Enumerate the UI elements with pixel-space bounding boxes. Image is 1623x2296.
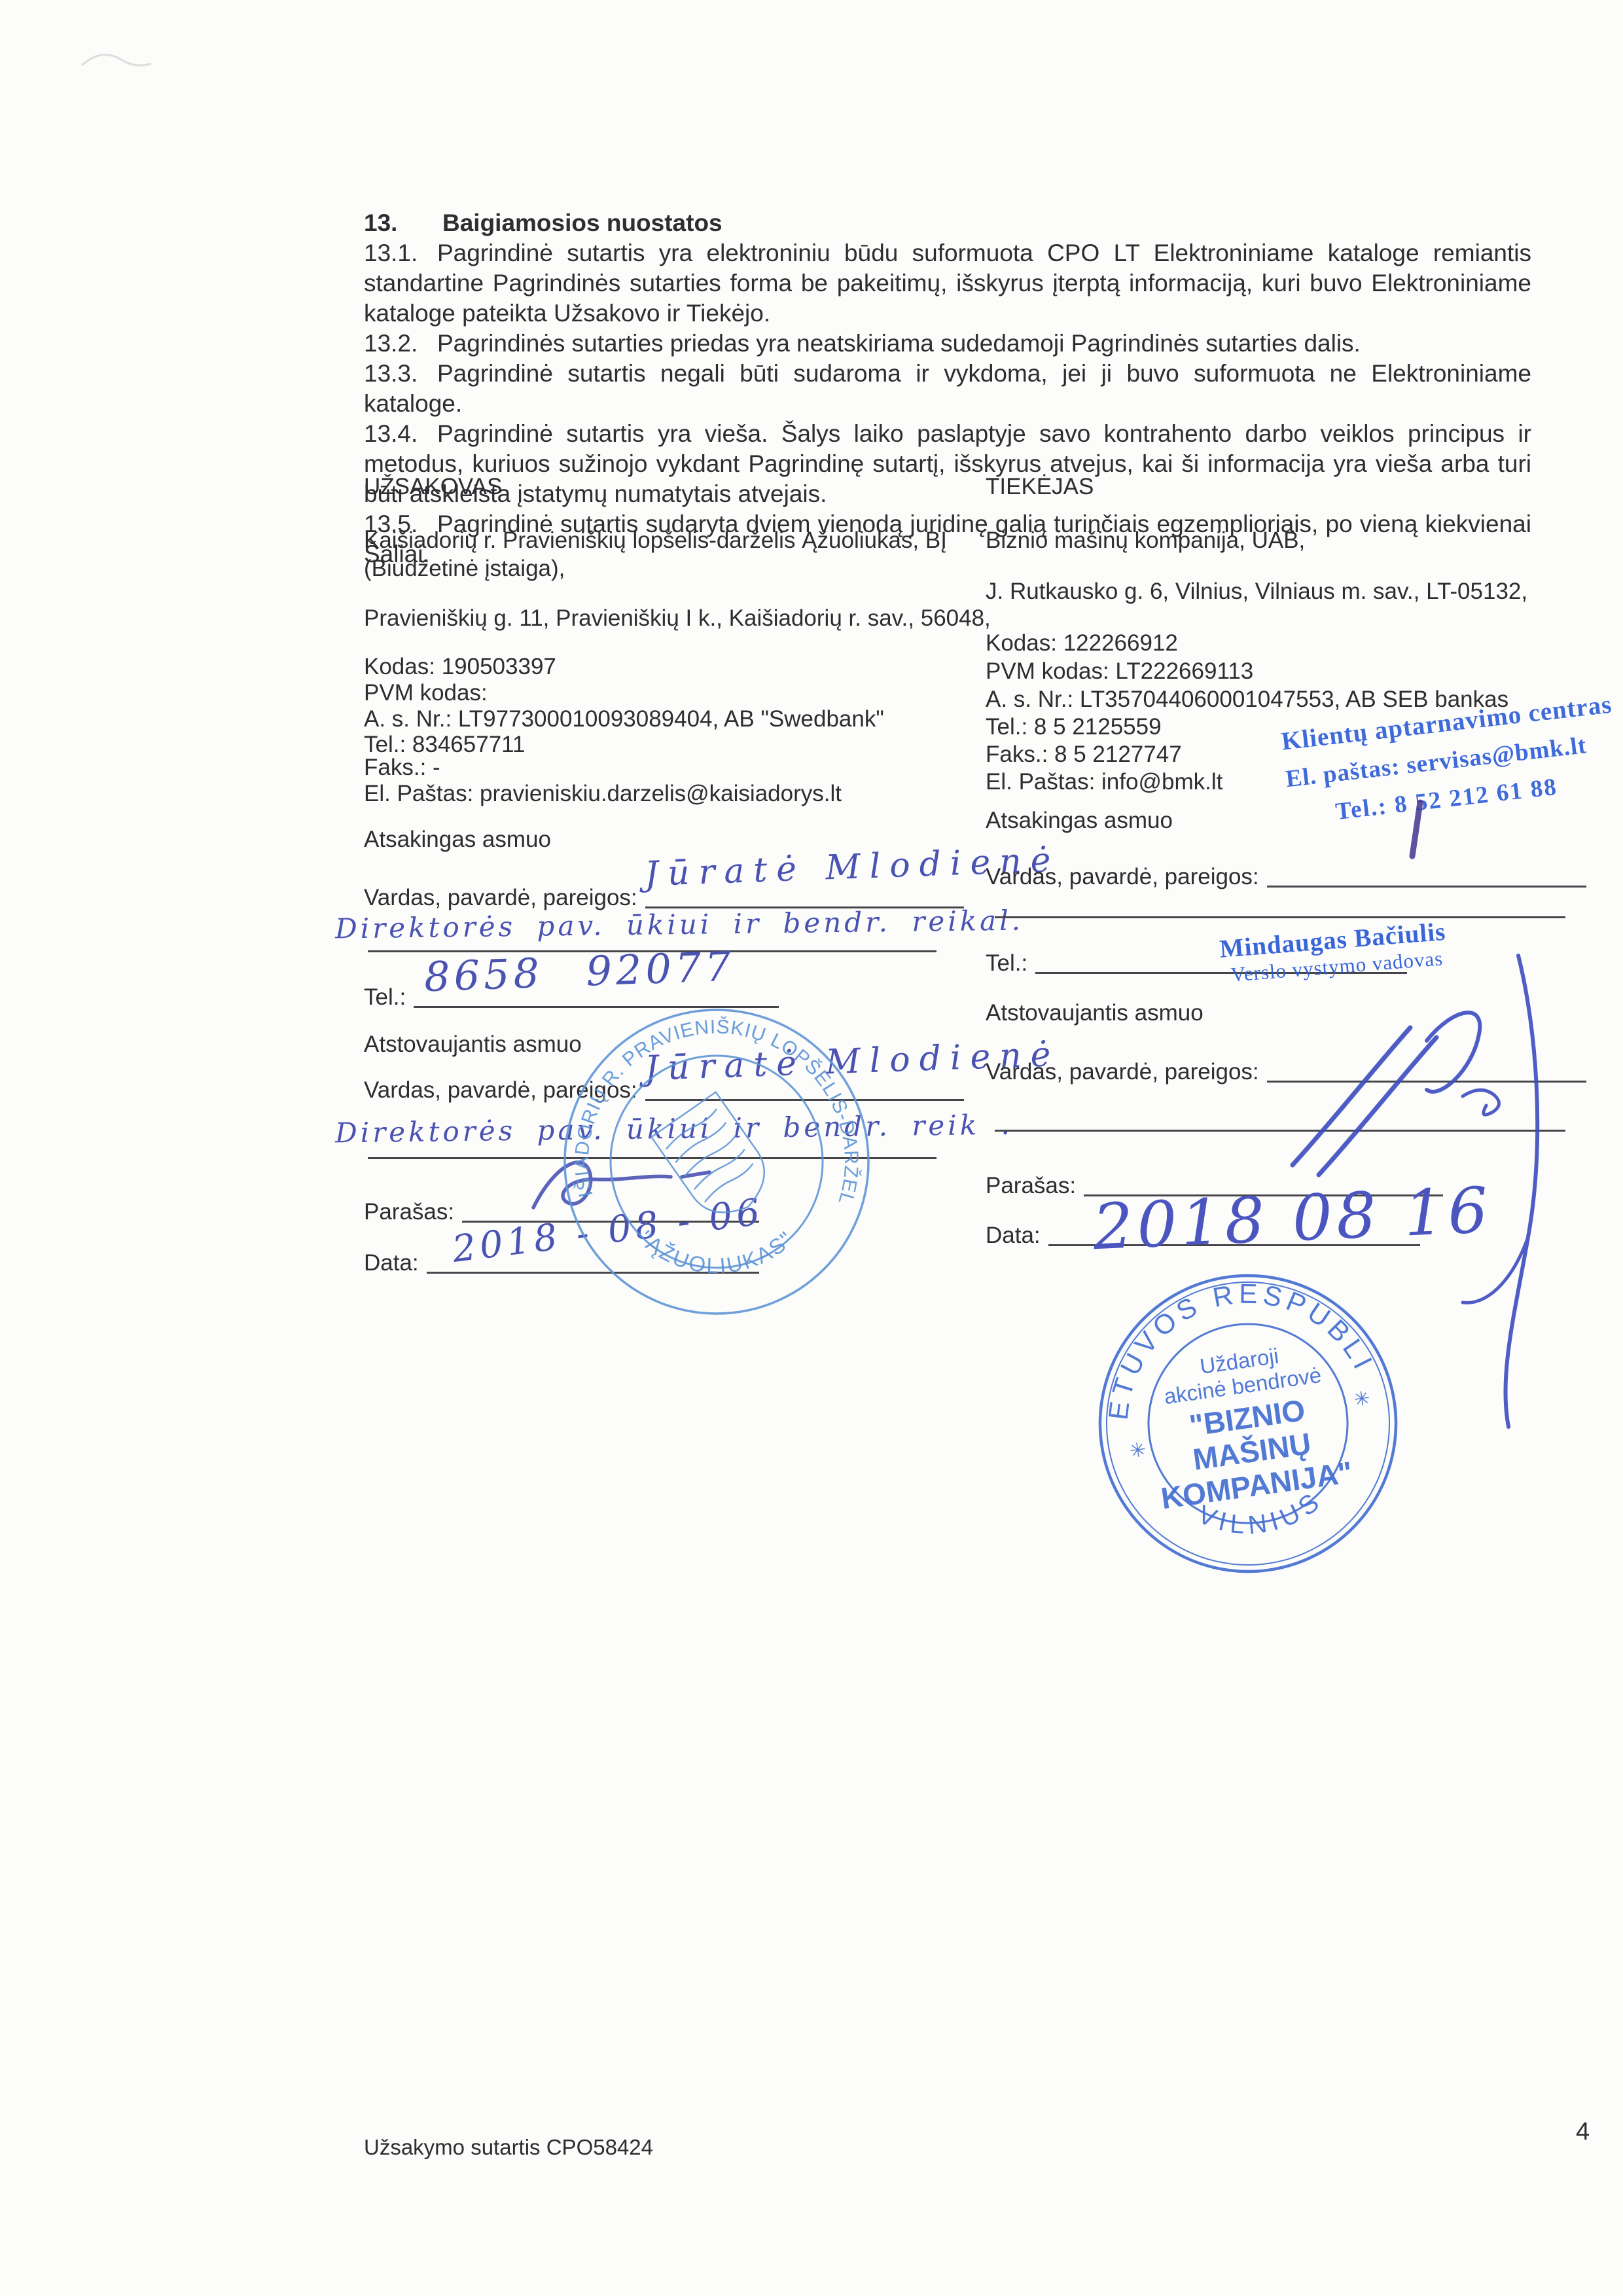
supplier-fax: Faks.: 8 5 2127747	[986, 742, 1182, 768]
supplier-representative-label: Atstovaujantis asmuo	[986, 1000, 1204, 1026]
clause-13-4: 13.4.Pagrindinė sutartis yra vieša. Šaly…	[364, 419, 1531, 509]
supplier-address: J. Rutkausko g. 6, Vilnius, Vilniaus m. …	[986, 579, 1527, 605]
supplier-title: TIEKĖJAS	[986, 474, 1094, 500]
clause-13-1: 13.1.Pagrindinė sutartis yra elektronini…	[364, 238, 1531, 329]
section-heading: 13.Baigiamosios nuostatos	[364, 208, 1531, 238]
pen-stroke-on-stamp	[1404, 798, 1437, 864]
final-provisions-section: 13.Baigiamosios nuostatos 13.1.Pagrindin…	[364, 208, 1531, 569]
page-number: 4	[1576, 2118, 1590, 2146]
buyer-tel: Tel.: 834657711	[364, 732, 526, 758]
section-heading-title: Baigiamosios nuostatos	[442, 209, 722, 236]
stamp-separator-left-icon: ✳	[1128, 1439, 1147, 1462]
buyer-account: A. s. Nr.: LT977300010093089404, AB "Swe…	[364, 706, 884, 732]
clause-13-3: 13.3.Pagrindinė sutartis negali būti sud…	[364, 359, 1531, 419]
buyer-round-stamp: KAIŠIADORIŲ R. PRAVIENIŠKIŲ LOPŠELIS-DAR…	[553, 998, 880, 1325]
buyer-title: UŽSAKOVAS	[364, 474, 502, 500]
supplier-role-line-1	[995, 916, 1565, 918]
buyer-stamp-ring-top: KAIŠIADORIŲ R. PRAVIENIŠKIŲ LOPŠELIS-DAR…	[546, 981, 862, 1208]
supplier-email: El. Paštas: info@bmk.lt	[986, 769, 1222, 795]
buyer-name2: (Biudžetinė įstaiga),	[364, 556, 565, 582]
scanned-contract-page: 13.Baigiamosios nuostatos 13.1.Pagrindin…	[0, 0, 1623, 2296]
buyer-email: El. Paštas: pravieniskiu.darzelis@kaisia…	[364, 781, 842, 807]
footer-contract-id: Užsakymo sutartis CPO58424	[364, 2135, 653, 2160]
supplier-code: Kodas: 122266912	[986, 630, 1178, 656]
buyer-vat: PVM kodas:	[364, 680, 488, 706]
buyer-address: Pravieniškių g. 11, Pravieniškių I k., K…	[364, 605, 991, 632]
svg-text:KAIŠIADORIŲ R. PRAVIENIŠKIŲ LO: KAIŠIADORIŲ R. PRAVIENIŠKIŲ LOPŠELIS-DAR…	[546, 981, 862, 1208]
svg-text:"ĄŽUOLIUKAS": "ĄŽUOLIUKAS"	[634, 1226, 798, 1278]
scan-artifact	[75, 39, 167, 79]
supplier-name: Biznio mašinų kompanija, UAB,	[986, 528, 1305, 554]
clause-13-2: 13.2.Pagrindinės sutarties priedas yra n…	[364, 329, 1531, 359]
supplier-tel: Tel.: 8 5 2125559	[986, 714, 1162, 740]
supplier-name-role-field-1: Vardas, pavardė, pareigos:	[986, 860, 1586, 890]
buyer-representative-label: Atstovaujantis asmuo	[364, 1031, 582, 1058]
buyer-responsible-label: Atsakingas asmuo	[364, 827, 551, 853]
signature-line	[1267, 879, 1586, 888]
buyer-stamp-ring-bottom: "ĄŽUOLIUKAS"	[634, 1226, 798, 1278]
buyer-name: Kaišiadorių r. Pravieniškių lopšelis-dar…	[364, 528, 947, 554]
stamp-separator-right-icon: ✳	[1352, 1388, 1371, 1411]
buyer-code: Kodas: 190503397	[364, 654, 556, 680]
supplier-round-stamp: LIETUVOS RESPUBLIKA VILNIUS ✳ ✳ Uždaroji…	[1094, 1270, 1402, 1577]
supplier-responsible-label: Atsakingas asmuo	[986, 808, 1173, 834]
supplier-vat: PVM kodas: LT222669113	[986, 658, 1253, 685]
buyer-fax: Faks.: -	[364, 755, 440, 781]
section-heading-number: 13.	[364, 208, 442, 238]
